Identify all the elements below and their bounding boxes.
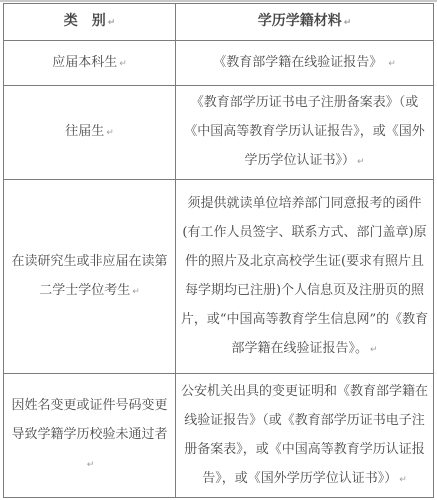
paragraph-mark-icon: ↵ [399,475,407,485]
materials-text: 须提供就读单位培养部门同意报考的函件(有工作人员签字、联系方式、部门盖章)原件的… [181,196,428,356]
header-category-label: 类 别 [64,13,106,29]
materials-text: 《教育部学历证书电子注册备案表》（或《中国高等教育学历认证报告》，或《国外学历学… [184,95,425,168]
materials-cell: 《教育部学籍在线验证报告》↵ [176,41,434,86]
materials-cell: 须提供就读单位培养部门同意报考的函件(有工作人员签字、联系方式、部门盖章)原件的… [176,180,434,374]
category-cell: 在读研究生或非应届在读第二学士学位考生↵ [4,180,176,374]
category-cell: 因姓名变更或证件号码变更导致学籍学历校验未通过者↵ [4,374,176,498]
category-cell: 应届本科生↵ [4,41,176,86]
materials-cell: 《教育部学历证书电子注册备案表》（或《中国高等教育学历认证报告》，或《国外学历学… [176,86,434,180]
qualification-materials-table: 类 别↵ 学历学籍材料↵ 应届本科生↵ 《教育部学籍在线验证报告》↵ 往届生↵ … [3,3,434,498]
materials-cell: 公安机关出具的变更证明和《教育部学籍在线验证报告》（或《教育部学历证书电子注册备… [176,374,434,498]
category-text: 在读研究生或非应届在读第二学士学位考生 [11,254,167,298]
header-cell-category: 类 别↵ [4,4,176,41]
paragraph-mark-icon: ↵ [108,18,116,28]
table-row: 因姓名变更或证件号码变更导致学籍学历校验未通过者↵ 公安机关出具的变更证明和《教… [4,374,434,498]
paragraph-mark-icon: ↵ [119,59,127,69]
table-row: 在读研究生或非应届在读第二学士学位考生↵ 须提供就读单位培养部门同意报考的函件(… [4,180,434,374]
materials-text: 公安机关出具的变更证明和《教育部学籍在线验证报告》（或《教育部学历证书电子注册备… [181,384,428,486]
paragraph-mark-icon: ↵ [388,59,396,69]
table-header-row: 类 别↵ 学历学籍材料↵ [4,4,434,41]
category-text: 往届生 [65,124,104,139]
table-row: 应届本科生↵ 《教育部学籍在线验证报告》↵ [4,41,434,86]
paragraph-mark-icon: ↵ [87,460,95,470]
paragraph-mark-icon: ↵ [106,128,114,138]
category-text: 因姓名变更或证件号码变更导致学籍学历校验未通过者 [11,398,167,442]
category-text: 应届本科生 [52,55,117,70]
paragraph-mark-icon: ↵ [344,18,352,28]
materials-text: 《教育部学籍在线验证报告》 [213,55,382,70]
paragraph-mark-icon: ↵ [370,345,378,355]
paragraph-mark-icon: ↵ [132,287,140,297]
category-cell: 往届生↵ [4,86,176,180]
header-materials-label: 学历学籍材料 [258,13,342,29]
paragraph-mark-icon: ↵ [357,157,365,167]
table-row: 往届生↵ 《教育部学历证书电子注册备案表》（或《中国高等教育学历认证报告》，或《… [4,86,434,180]
header-cell-materials: 学历学籍材料↵ [176,4,434,41]
window-edge-strip [0,0,437,2]
